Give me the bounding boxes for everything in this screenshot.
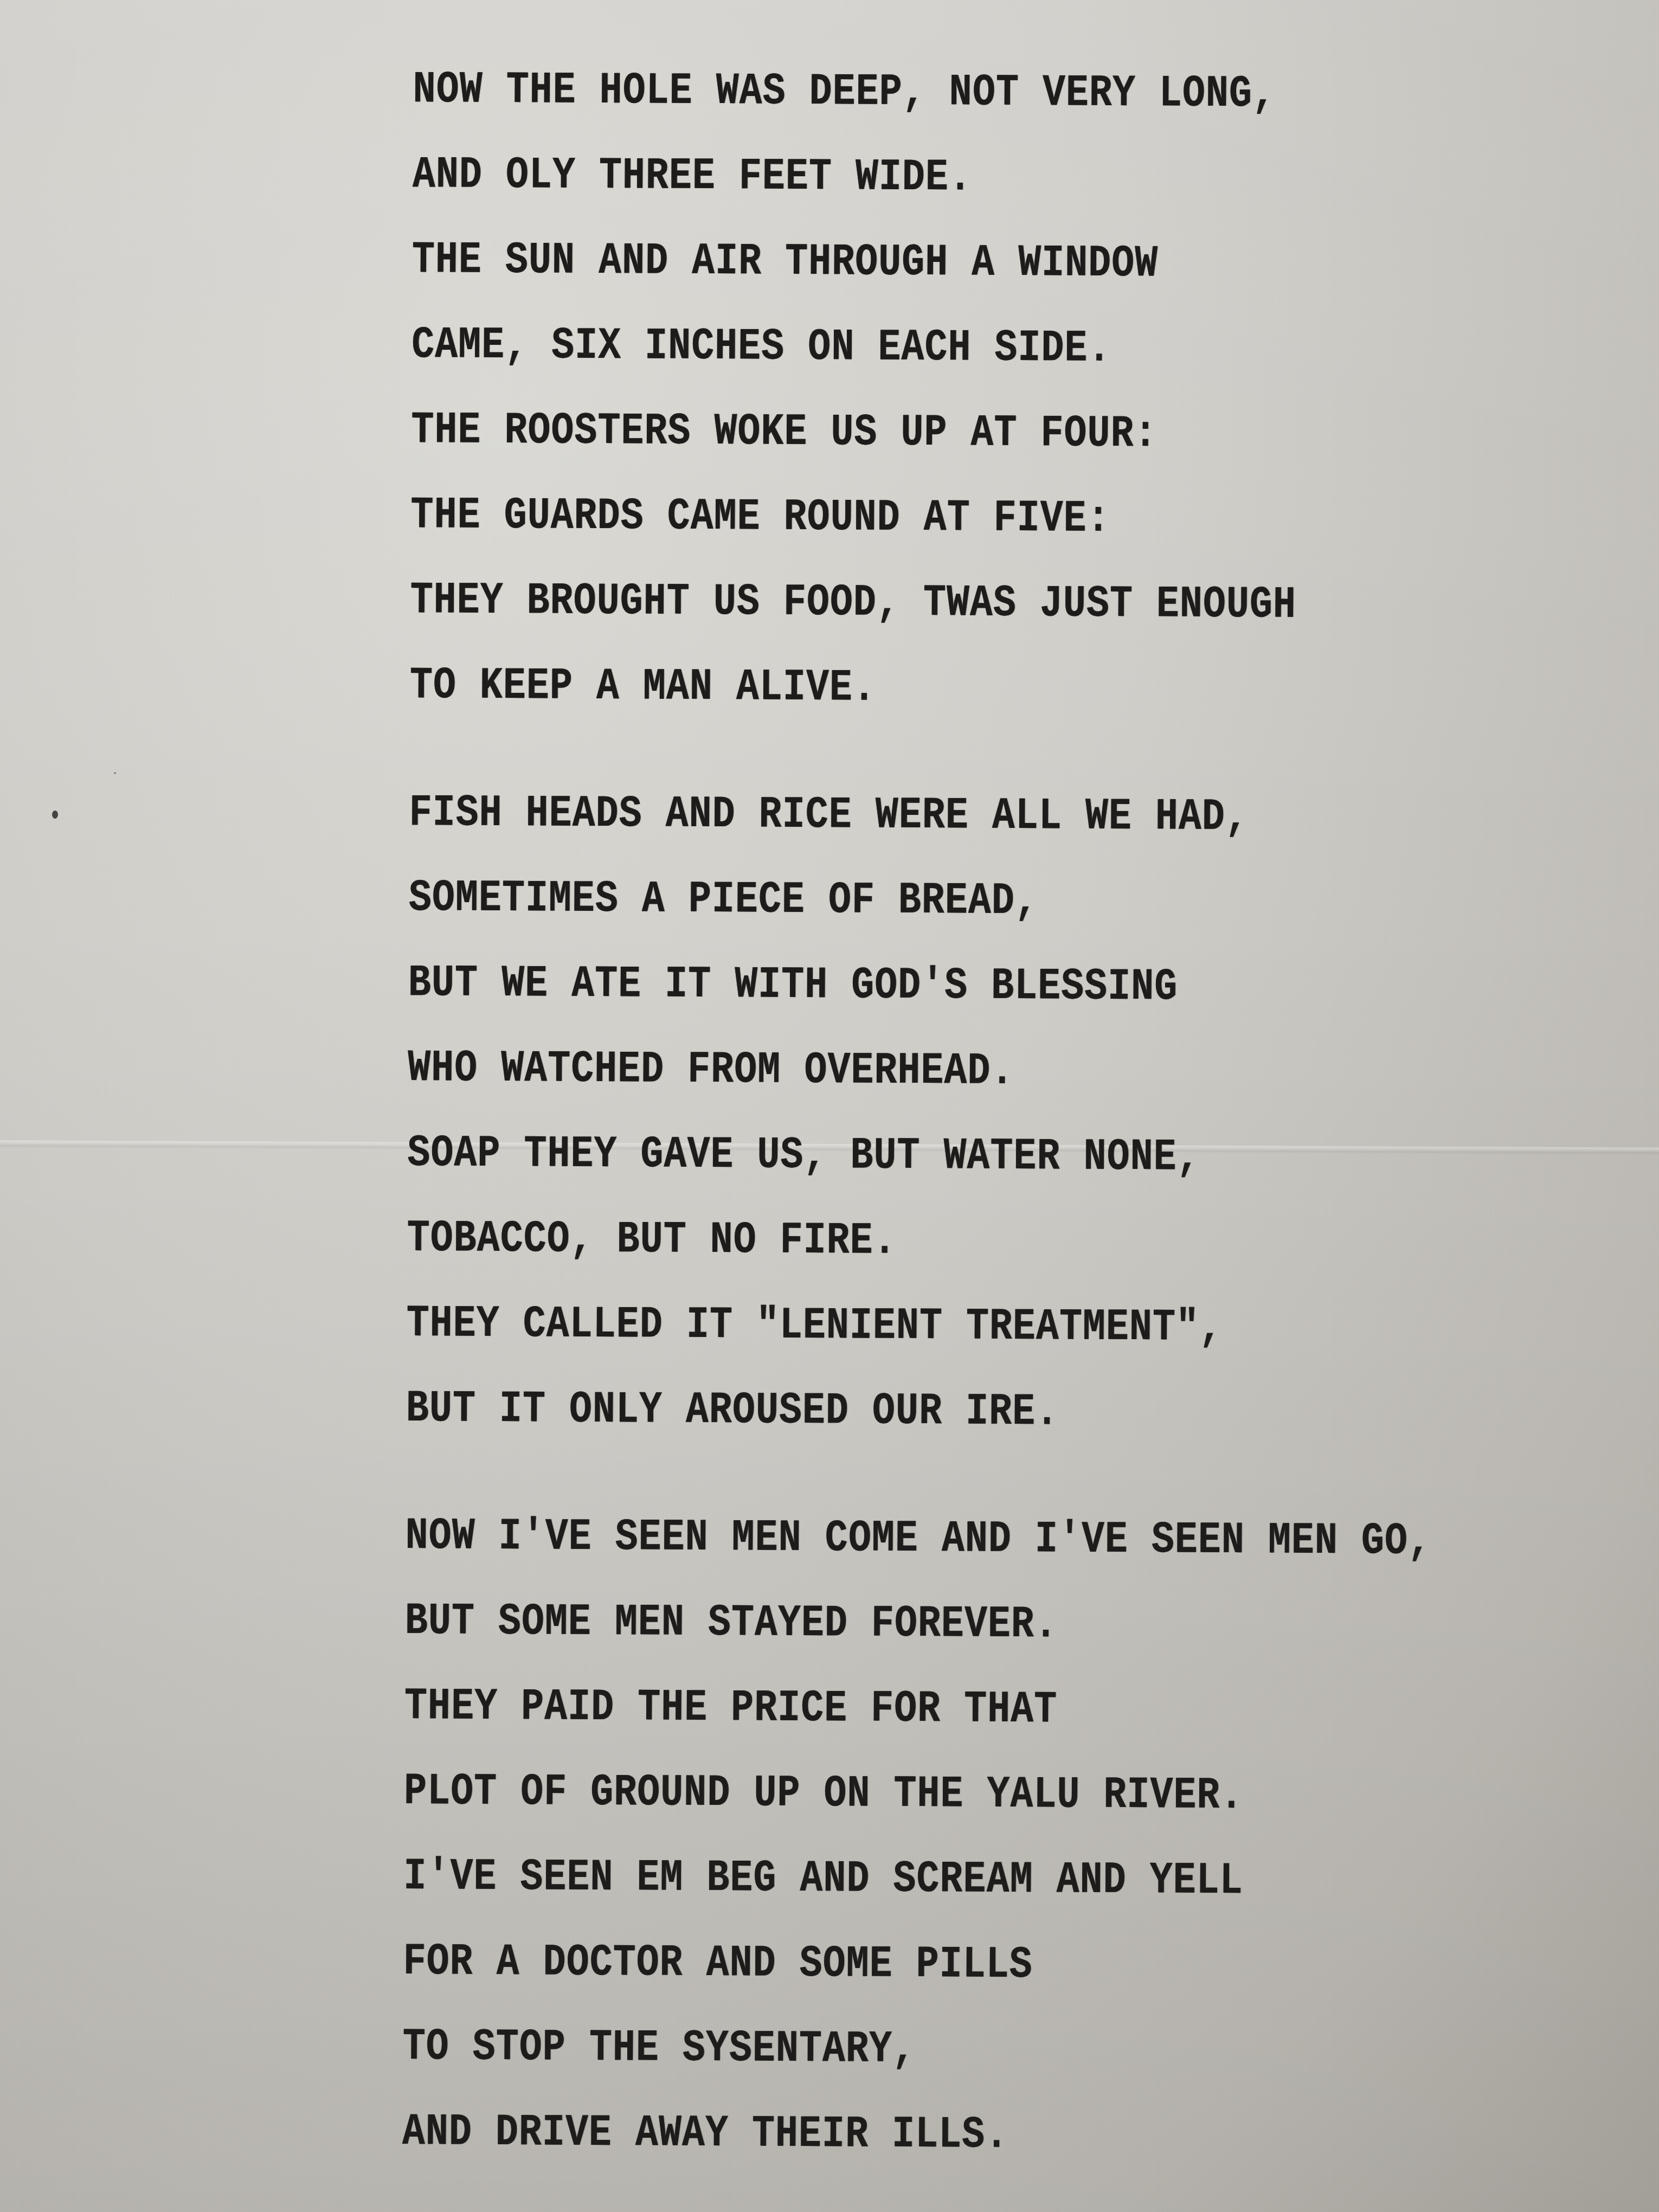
stanza-3: NOW I'VE SEEN MEN COME AND I'VE SEEN MEN… <box>402 1494 1598 2182</box>
stanza-2: FISH HEADS AND RICE WERE ALL WE HAD, SOM… <box>406 771 1602 1458</box>
poem-line: BUT IT ONLY AROUSED OUR IRE. <box>406 1359 1599 1466</box>
ink-speck-small <box>114 772 116 774</box>
ink-speck <box>52 811 58 819</box>
poem-line: TO KEEP A MAN ALIVE. <box>409 636 1603 743</box>
stanza-1: NOW THE HOLE WAS DEEP, NOT VERY LONG, AN… <box>409 48 1606 735</box>
poem-line: AND DRIVE AWAY THEIR ILLS. <box>402 2082 1595 2189</box>
poem-body: NOW THE HOLE WAS DEEP, NOT VERY LONG, AN… <box>402 48 1606 2181</box>
